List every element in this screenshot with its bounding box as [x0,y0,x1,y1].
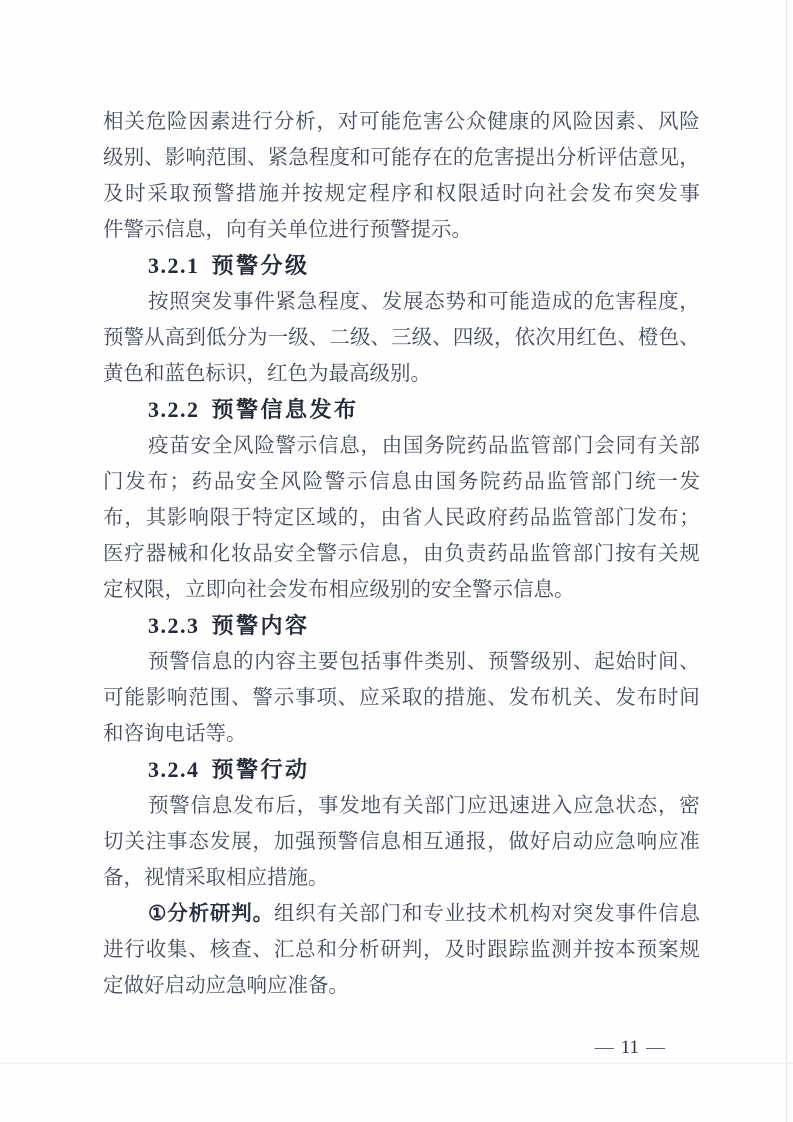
document-page: 相关危险因素进行分析，对可能危害公众健康的风险因素、风险级别、影响范围、紧急程度… [0,0,793,1122]
paragraph: 按照突发事件紧急程度、发展态势和可能造成的危害程度，预警从高到低分为一级、二级、… [103,284,700,392]
section-heading: 3.2.1预警分级 [103,248,700,284]
paragraph: 预警信息的内容主要包括事件类别、预警级别、起始时间、可能影响范围、警示事项、应采… [103,644,700,752]
page-number: —11— [595,1036,665,1060]
page-number-value: 11 [621,1037,639,1058]
section-heading: 3.2.4预警行动 [103,752,700,788]
text-line: 按照突发事件紧急程度、发展态势和可能造成的危害程度， [103,284,700,320]
text-line: 定权限，立即向社会发布相应级别的安全警示信息。 [103,572,700,608]
text-line: 相关危险因素进行分析，对可能危害公众健康的风险因素、风险 [103,104,700,140]
paragraph: 疫苗安全风险警示信息，由国务院药品监管部门会同有关部门发布；药品安全风险警示信息… [103,428,700,608]
document-content: 相关危险因素进行分析，对可能危害公众健康的风险因素、风险级别、影响范围、紧急程度… [103,104,700,1004]
text-line: 可能影响范围、警示事项、应采取的措施、发布机关、发布时间 [103,680,700,716]
scan-artifact-vertical [786,0,787,1122]
text-line: 预警信息的内容主要包括事件类别、预警级别、起始时间、 [103,644,700,680]
section-title: 预警行动 [212,757,310,782]
text-line: 疫苗安全风险警示信息，由国务院药品监管部门会同有关部 [103,428,700,464]
text-line: 门发布；药品安全风险警示信息由国务院药品监管部门统一发 [103,464,700,500]
text-line: 医疗器械和化妆品安全警示信息，由负责药品监管部门按有关规 [103,536,700,572]
paragraph: 相关危险因素进行分析，对可能危害公众健康的风险因素、风险级别、影响范围、紧急程度… [103,104,700,248]
section-heading: 3.2.3预警内容 [103,608,700,644]
text-line: ①分析研判。组织有关部门和专业技术机构对突发事件信息 [103,896,700,932]
text-line: 进行收集、核查、汇总和分析研判，及时跟踪监测并按本预案规 [103,932,700,968]
page-number-dash-right: — [646,1037,665,1058]
section-title: 预警内容 [212,613,310,638]
section-number: 3.2.4 [148,757,200,782]
text-line: 及时采取预警措施并按规定程序和权限适时向社会发布突发事 [103,176,700,212]
text-line: 和咨询电话等。 [103,716,700,752]
page-number-dash-left: — [595,1037,614,1058]
section-heading: 3.2.2预警信息发布 [103,392,700,428]
text-line: 黄色和蓝色标识，红色为最高级别。 [103,356,700,392]
section-title: 预警分级 [212,253,310,278]
text-line: 预警信息发布后，事发地有关部门应迅速进入应急状态，密 [103,788,700,824]
text-line: 切关注事态发展，加强预警信息相互通报，做好启动应急响应准 [103,824,700,860]
section-number: 3.2.3 [148,613,200,638]
text-line: 定做好启动应急响应准备。 [103,968,700,1004]
text-line: 预警从高到低分为一级、二级、三级、四级，依次用红色、橙色、 [103,320,700,356]
section-number: 3.2.1 [148,253,200,278]
text-line: 备，视情采取相应措施。 [103,860,700,896]
text-line: 级别、影响范围、紧急程度和可能存在的危害提出分析评估意见， [103,140,700,176]
text-line: 件警示信息，向有关单位进行预警提示。 [103,212,700,248]
paragraph: ①分析研判。组织有关部门和专业技术机构对突发事件信息进行收集、核查、汇总和分析研… [103,896,700,1004]
section-number: 3.2.2 [148,397,200,422]
section-title: 预警信息发布 [212,397,359,422]
paragraph: 预警信息发布后，事发地有关部门应迅速进入应急状态，密切关注事态发展，加强预警信息… [103,788,700,896]
scan-artifact-horizontal [0,1062,793,1064]
text-line: 布，其影响限于特定区域的，由省人民政府药品监管部门发布； [103,500,700,536]
